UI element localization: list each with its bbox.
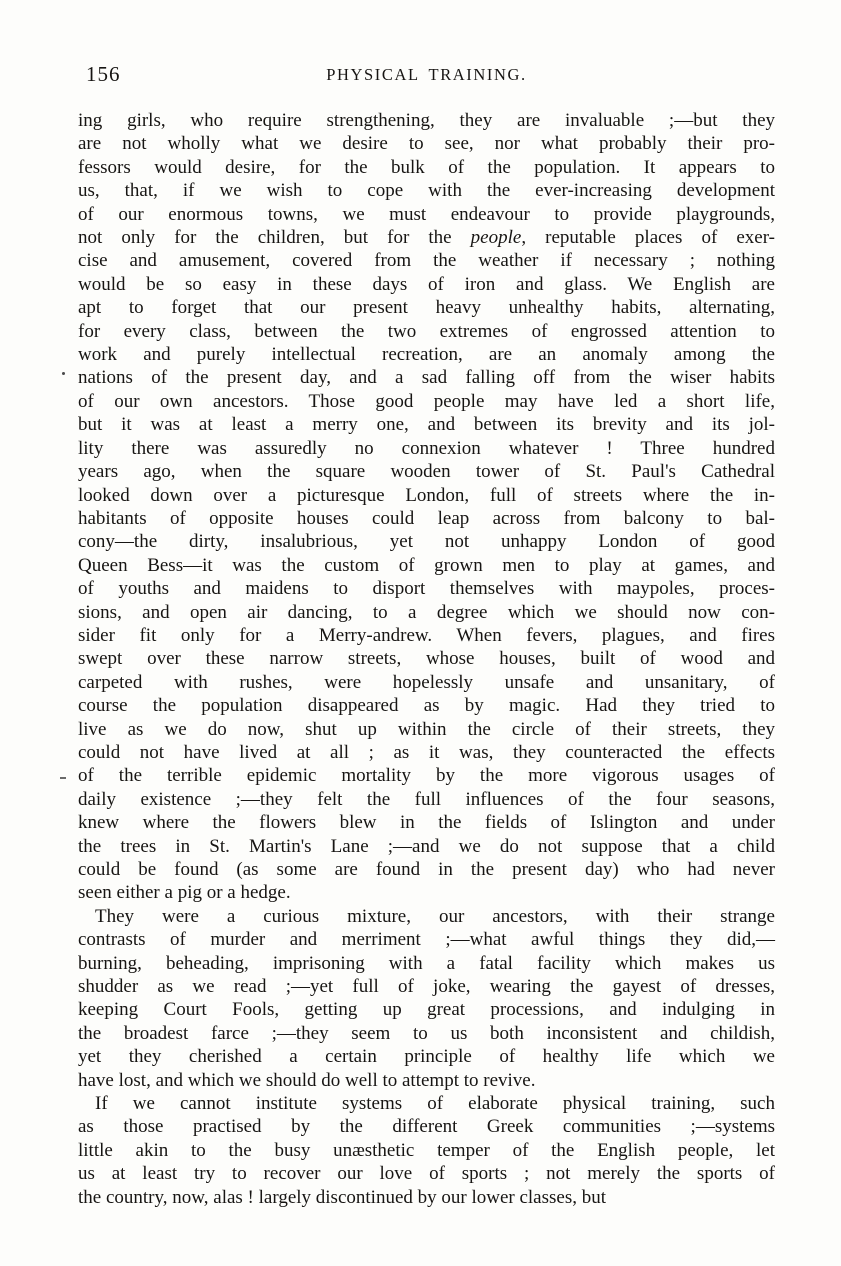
page-number: 156 (86, 62, 121, 87)
text-line: daily existence ;—they felt the full inf… (78, 788, 775, 811)
text-line: years ago, when the square wooden tower … (78, 460, 775, 483)
text-line: apt to forget that our present heavy unh… (78, 296, 775, 319)
text-line: cise and amusement, covered from the wea… (78, 249, 775, 272)
book-page: 156 PHYSICAL TRAINING. ing girls, who re… (0, 0, 841, 1266)
text-line: habitants of opposite houses could leap … (78, 507, 775, 530)
text-line: have lost, and which we should do well t… (78, 1069, 775, 1092)
text-line: as those practised by the different Gree… (78, 1115, 775, 1138)
text-line: us at least try to recover our love of s… (78, 1162, 775, 1185)
text-line: could be found (as some are found in the… (78, 858, 775, 881)
text-line: shudder as we read ;—yet full of joke, w… (78, 975, 775, 998)
text-line: keeping Court Fools, getting up great pr… (78, 998, 775, 1021)
text-line: Queen Bess—it was the custom of grown me… (78, 554, 775, 577)
text-line: sions, and open air dancing, to a degree… (78, 601, 775, 624)
text-line: ing girls, who require strengthening, th… (78, 109, 775, 132)
text-line: little akin to the busy unæsthetic tempe… (78, 1139, 775, 1162)
text-line: swept over these narrow streets, whose h… (78, 647, 775, 670)
text-line: would be so easy in these days of iron a… (78, 273, 775, 296)
text-line: If we cannot institute systems of elabor… (78, 1092, 775, 1115)
running-head: 156 PHYSICAL TRAINING. (78, 62, 775, 88)
text-line: the trees in St. Martin's Lane ;—and we … (78, 835, 775, 858)
text-line: work and purely intellectual recreation,… (78, 343, 775, 366)
text-line: course the population disappeared as by … (78, 694, 775, 717)
text-line: of youths and maidens to disport themsel… (78, 577, 775, 600)
text-line: could not have lived at all ; as it was,… (78, 741, 775, 764)
scan-speck (60, 777, 66, 779)
text-line: contrasts of murder and merriment ;—what… (78, 928, 775, 951)
text-line: but it was at least a merry one, and bet… (78, 413, 775, 436)
text-line: fessors would desire, for the bulk of th… (78, 156, 775, 179)
text-line: us, that, if we wish to cope with the ev… (78, 179, 775, 202)
running-header-title: PHYSICAL TRAINING. (78, 62, 775, 85)
text-line: looked down over a picturesque London, f… (78, 484, 775, 507)
text-line: are not wholly what we desire to see, no… (78, 132, 775, 155)
text-line: yet they cherished a certain principle o… (78, 1045, 775, 1068)
text-line: lity there was assuredly no connexion wh… (78, 437, 775, 460)
text-line: not only for the children, but for the p… (78, 226, 775, 249)
text-line: of our own ancestors. Those good people … (78, 390, 775, 413)
text-line: nations of the present day, and a sad fa… (78, 366, 775, 389)
text-line: knew where the flowers blew in the field… (78, 811, 775, 834)
text-line: the broadest farce ;—they seem to us bot… (78, 1022, 775, 1045)
text-line: burning, beheading, imprisoning with a f… (78, 952, 775, 975)
text-line: sider fit only for a Merry-andrew. When … (78, 624, 775, 647)
text-line: carpeted with rushes, were hopelessly un… (78, 671, 775, 694)
text-line: the country, now, alas ! largely discont… (78, 1186, 775, 1209)
scan-speck (62, 372, 65, 375)
paragraph: If we cannot institute systems of elabor… (78, 1092, 775, 1209)
text-line: for every class, between the two extreme… (78, 320, 775, 343)
text-line: They were a curious mixture, our ancesto… (78, 905, 775, 928)
text-block: ing girls, who require strengthening, th… (78, 109, 775, 1209)
text-line: of the terrible epidemic mortality by th… (78, 764, 775, 787)
text-line: cony—the dirty, insalubrious, yet not un… (78, 530, 775, 553)
text-line: of our enormous towns, we must endeavour… (78, 203, 775, 226)
paragraph: ing girls, who require strengthening, th… (78, 109, 775, 905)
text-line: seen either a pig or a hedge. (78, 881, 775, 904)
paragraph: They were a curious mixture, our ancesto… (78, 905, 775, 1092)
text-line: live as we do now, shut up within the ci… (78, 718, 775, 741)
